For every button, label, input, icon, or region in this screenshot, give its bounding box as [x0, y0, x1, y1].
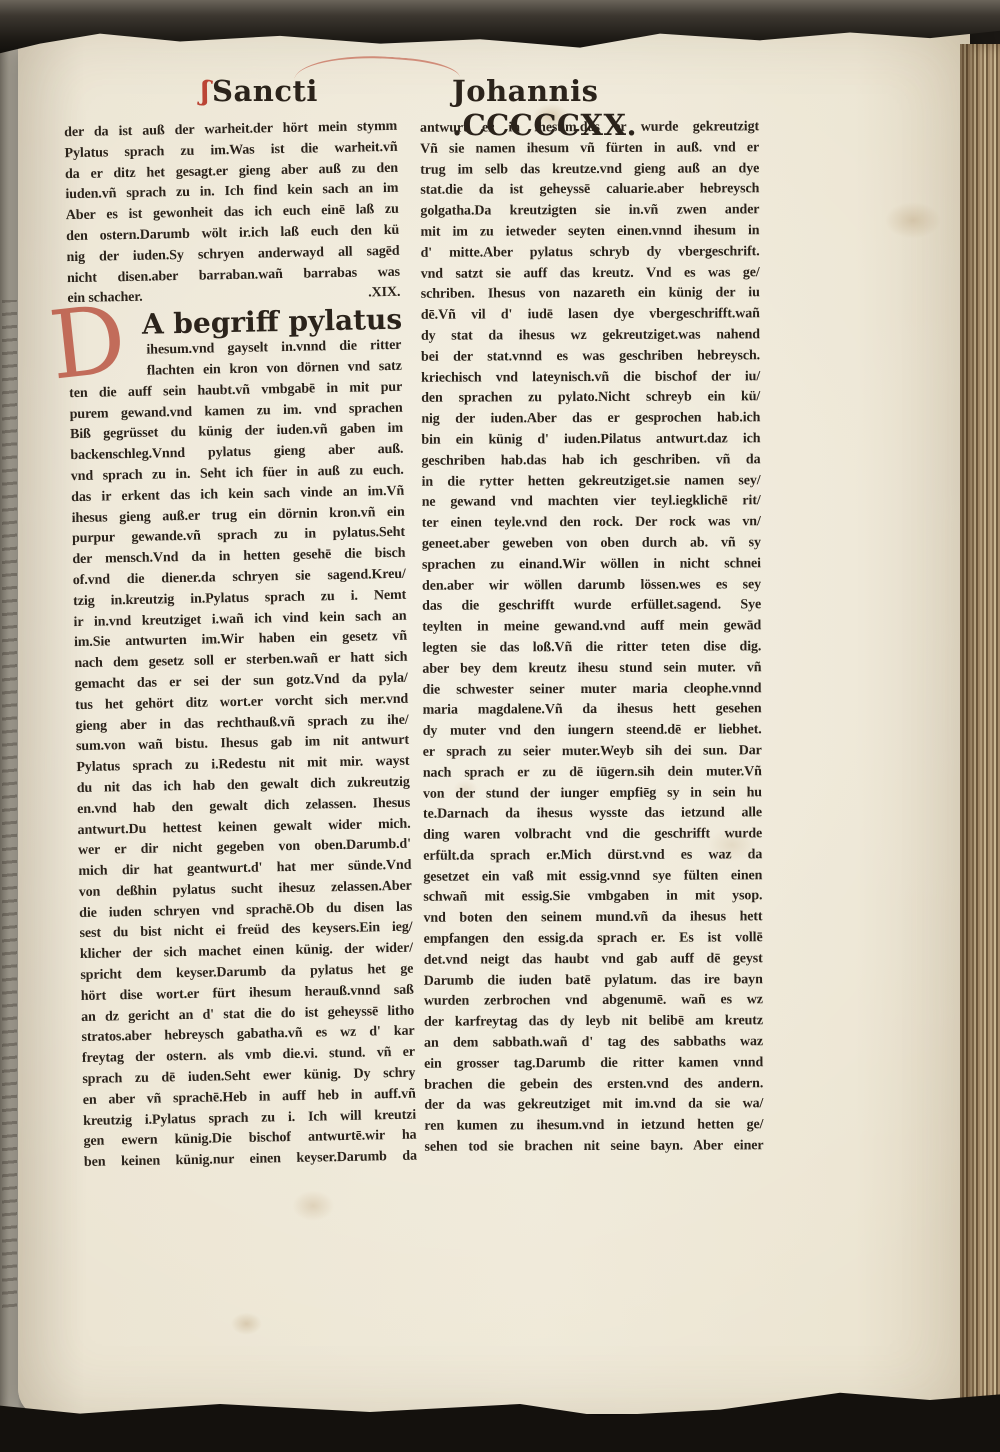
right-column-block: antwurt er in ihesum.das er wurde gekreu… — [420, 117, 764, 1158]
gutter-text-showthrough — [2, 300, 17, 1312]
right-text-column: antwurt er in ihesum.das er wurde gekreu… — [420, 117, 764, 1158]
chapter-number: .XIX. — [368, 283, 401, 304]
left-column-block1: der da ist auß der warheit.der hört mein… — [64, 117, 400, 290]
drop-cap-initial: D — [46, 295, 130, 392]
book-scan-photo: ʃ Sancti Johannis .CCCCCXX. der da ist a… — [0, 0, 1000, 1452]
running-header-left: Sancti — [180, 74, 350, 108]
left-column-indented-lines: ihesum.vnd gayselt in.vnnd die ritter fl… — [146, 336, 402, 382]
book-fore-edge — [960, 44, 1000, 1408]
left-column-block2: ten die auff sein haubt.vñ vmbgabē in mi… — [69, 378, 417, 1175]
chapter-heading: A begriff pylatus — [142, 304, 402, 341]
left-text-column: der da ist auß der warheit.der hört mein… — [64, 117, 417, 1174]
